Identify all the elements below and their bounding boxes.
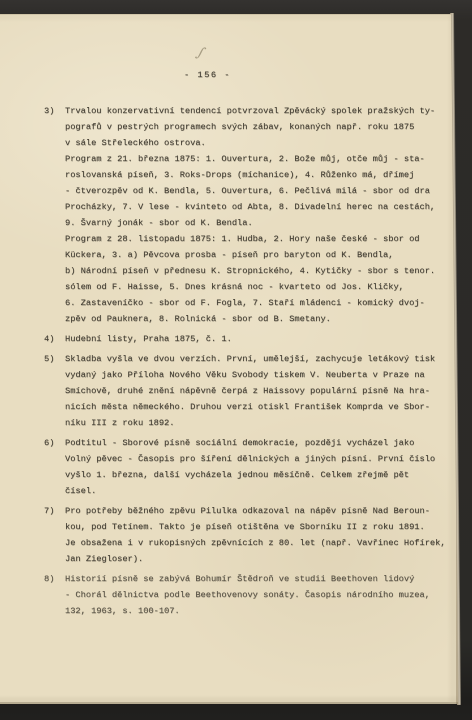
footnote-line: 6. Zastaveníčko - sbor od F. Fogla, 7. S… xyxy=(65,295,452,311)
paper-page: ∫ - 156 - 3)Trvalou konzervativní tenden… xyxy=(0,14,458,704)
scan-background: ∫ - 156 - 3)Trvalou konzervativní tenden… xyxy=(0,0,472,720)
footnote-line: pografů v pestrých programech svých zába… xyxy=(65,119,452,135)
footnote-item: 3)Trvalou konzervativní tendencí potvrzo… xyxy=(44,103,452,327)
footnote-item: 4)Hudební listy, Praha 1875, č. 1. xyxy=(44,331,452,347)
footnote-number: 4) xyxy=(44,331,65,347)
footnote-line: níku III z roku 1892. xyxy=(65,415,452,431)
footnote-line: Hudební listy, Praha 1875, č. 1. xyxy=(65,331,452,347)
footnote-item: 8)Historií písně se zabývá Bohumír Štědr… xyxy=(44,571,452,619)
footnote-number: 5) xyxy=(44,351,65,367)
footnotes: 3)Trvalou konzervativní tendencí potvrzo… xyxy=(44,103,452,619)
footnote-line: Program z 28. listopadu 1875: 1. Hudba, … xyxy=(65,231,452,247)
footnote-line: b) Národní píseň v přednesu K. Stropnick… xyxy=(65,263,452,279)
footnote-line: sólem od F. Haisse, 5. Dnes krásná noc -… xyxy=(65,279,452,295)
footnote-line: nicích města německého. Druhou verzi oti… xyxy=(65,399,452,415)
footnote-lines: Podtitul - Sborové písně sociální demokr… xyxy=(65,435,452,499)
footnote-line: 9. Švarný jonák - sbor od K. Bendla. xyxy=(65,215,452,231)
footnote-line: kou, pod Tetínem. Takto je píseň otištěn… xyxy=(65,519,452,535)
footnote-line: Smíchově, druhé znění nápěvně čerpá z Ha… xyxy=(65,383,452,399)
footnote-number: 6) xyxy=(44,435,65,451)
footnote-line: vydaný jako Příloha Nového Věku Svobody … xyxy=(65,367,452,383)
footnote-line: vyšlo 1. března, další vycházela jednou … xyxy=(65,467,452,483)
footnote-item: 5)Skladba vyšla ve dvou verzích. První, … xyxy=(44,351,452,431)
footnote-number: 7) xyxy=(44,503,65,519)
footnote-line: Trvalou konzervativní tendencí potvrzova… xyxy=(65,103,452,119)
page-number: - 156 - xyxy=(184,70,231,80)
footnote-lines: Pro potřeby běžného zpěvu Pilulka odkazo… xyxy=(65,503,452,567)
footnote-number: 8) xyxy=(44,571,65,587)
footnote-lines: Trvalou konzervativní tendencí potvrzova… xyxy=(65,103,452,327)
footnote-lines: Hudební listy, Praha 1875, č. 1. xyxy=(65,331,452,347)
footnote-line: čísel. xyxy=(65,483,452,499)
footnote-line: Jan Ziegloser). xyxy=(65,551,452,567)
footnote-line: Volný pěvec - Časopis pro šíření dělnick… xyxy=(65,451,452,467)
footnote-line: Podtitul - Sborové písně sociální demokr… xyxy=(65,435,452,451)
footnote-item: 7)Pro potřeby běžného zpěvu Pilulka odka… xyxy=(44,503,452,567)
footnote-line: Kückera, 3. a) Pěvcova prosba - píseň pr… xyxy=(65,247,452,263)
footnote-line: - čtverozpěv od K. Bendla, 5. Ouvertura,… xyxy=(65,183,452,199)
footnote-line: v sále Střeleckého ostrova. xyxy=(65,135,452,151)
footnote-line: Historií písně se zabývá Bohumír Štědroň… xyxy=(65,571,452,587)
footnote-item: 6)Podtitul - Sborové písně sociální demo… xyxy=(44,435,452,499)
footnote-line: Procházky, 7. V lese - kvinteto od Abta,… xyxy=(65,199,452,215)
footnote-line: Je obsažena i v rukopisných zpěvnících z… xyxy=(65,535,452,551)
footnote-line: Skladba vyšla ve dvou verzích. První, um… xyxy=(65,351,452,367)
footnote-line: Pro potřeby běžného zpěvu Pilulka odkazo… xyxy=(65,503,452,519)
footnote-lines: Skladba vyšla ve dvou verzích. První, um… xyxy=(65,351,452,431)
footnote-line: Program z 21. března 1875: 1. Ouvertura,… xyxy=(65,151,452,167)
pencil-mark: ∫ xyxy=(194,45,208,62)
footnote-number: 3) xyxy=(44,103,65,119)
footnote-line: - Chorál dělnictva podle Beethovenovy so… xyxy=(65,587,452,603)
footnote-line: zpěv od Pauknera, 8. Rolnická - sbor od … xyxy=(65,311,452,327)
footnote-line: 132, 1963, s. 100-107. xyxy=(65,603,452,619)
footnote-lines: Historií písně se zabývá Bohumír Štědroň… xyxy=(65,571,452,619)
footnote-line: roslovanská píseň, 3. Roks-Drops (míchan… xyxy=(65,167,452,183)
